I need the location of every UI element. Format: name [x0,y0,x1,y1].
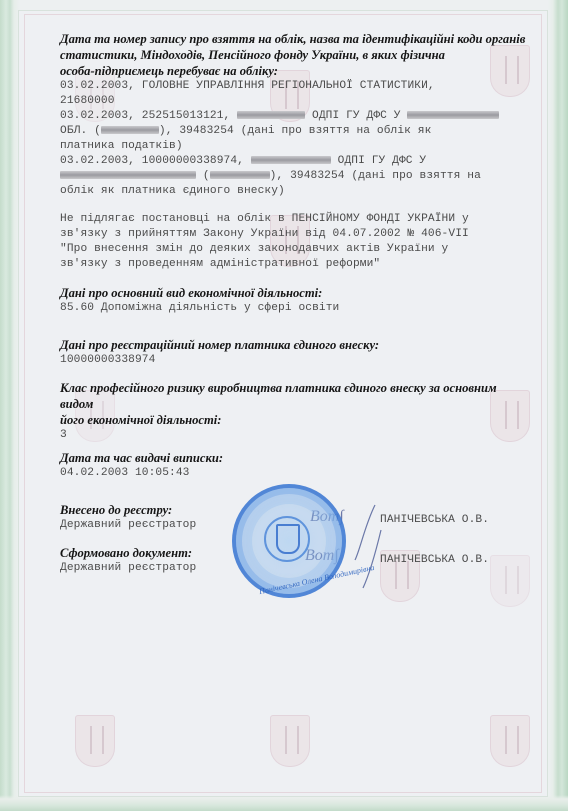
risk-class-section: Клас професійного ризику виробництва пла… [60,380,530,443]
entered-official-name: ПАНІЧЕВСЬКА О.В. [380,513,489,528]
risk-class-value: 3 [60,428,530,443]
redacted-block [60,171,196,179]
redacted-block [407,111,499,119]
trident-watermark-icon [75,715,115,767]
registration-text: ( [203,170,210,182]
registration-text: 03.02.2003, 10000000338974, [60,155,244,167]
trident-watermark-icon [490,715,530,767]
single-tax-number-value: 10000000338974 [60,353,379,368]
pension-note-section: Не підлягає постановці на облік в ПЕНСІЙ… [60,212,469,272]
registration-line: 03.02.2003, 10000000338974, ОДПІ ГУ ДФС … [60,154,525,169]
registration-text: ), 39483254 (дані про взяття на облік як [159,125,432,137]
redacted-block [251,156,331,164]
registration-text: 03.02.2003, 252515013121, [60,110,230,122]
activity-section: Дані про основний вид економічної діяльн… [60,285,339,316]
entered-label: Внесено до реєстру: [60,502,196,518]
official-stamp-icon: Панічевська Олена Володимирівна [232,484,346,598]
trident-stamp-icon [276,524,300,554]
single-tax-number-section: Дані про реєстраційний номер платника єд… [60,337,379,368]
redacted-block [237,111,305,119]
risk-class-label: Клас професійного ризику виробництва пла… [60,380,530,412]
trident-watermark-icon [270,715,310,767]
issue-date-section: Дата та час видачі виписки: 04.02.2003 1… [60,450,223,481]
pension-note-line: "Про внесення змін до деяких законодавчи… [60,242,469,257]
registration-line: (), 39483254 (дані про взяття на [60,169,525,184]
pension-note-line: Не підлягає постановці на облік в ПЕНСІЙ… [60,212,469,227]
registration-line: облік як платника єдиного внеску) [60,184,525,199]
pension-note-line: зв'язку з проведенням адміністративної р… [60,257,469,272]
risk-class-label: його економічної діяльності: [60,412,530,428]
formed-label: Сформовано документ: [60,545,196,561]
registration-text: ОБЛ. ( [60,125,101,137]
trident-watermark-icon [490,555,530,607]
document-border-right [548,0,568,811]
registration-line: платника податків) [60,139,525,154]
registration-section: Дата та номер запису про взяття на облік… [60,31,525,199]
activity-value: 85.60 Допоміжна діяльність у сфері освіт… [60,301,339,316]
formed-role: Державний реєстратор [60,561,196,576]
registration-text: ОДПІ ГУ ДФС У [312,110,401,122]
single-tax-number-label: Дані про реєстраційний номер платника єд… [60,337,379,353]
registration-label: особа-підприємець перебуває на обліку: [60,63,525,79]
registration-label: Дата та номер запису про взяття на облік… [60,31,525,47]
formed-official-name: ПАНІЧЕВСЬКА О.В. [380,553,489,568]
issue-date-value: 04.02.2003 10:05:43 [60,466,223,481]
formed-section: Сформовано документ: Державний реєстрато… [60,545,196,576]
registration-line: 21680000 [60,94,525,109]
redacted-block [210,171,270,179]
entered-section: Внесено до реєстру: Державний реєстратор [60,502,196,533]
redacted-block [101,126,159,134]
registration-text: ОДПІ ГУ ДФС У [338,155,427,167]
pension-note-line: зв'язку з прийняттям Закону України від … [60,227,469,242]
document-border-bottom [0,795,568,811]
registration-line: 03.02.2003, ГОЛОВНЕ УПРАВЛІННЯ РЕГІОНАЛЬ… [60,79,525,94]
registration-text: ), 39483254 (дані про взяття на [270,170,481,182]
registration-label: статистики, Міндоходів, Пенсійного фонду… [60,47,525,63]
registration-line: 03.02.2003, 252515013121, ОДПІ ГУ ДФС У [60,109,525,124]
entered-role: Державний реєстратор [60,518,196,533]
issue-date-label: Дата та час видачі виписки: [60,450,223,466]
registration-line: ОБЛ. (), 39483254 (дані про взяття на об… [60,124,525,139]
activity-label: Дані про основний вид економічної діяльн… [60,285,339,301]
